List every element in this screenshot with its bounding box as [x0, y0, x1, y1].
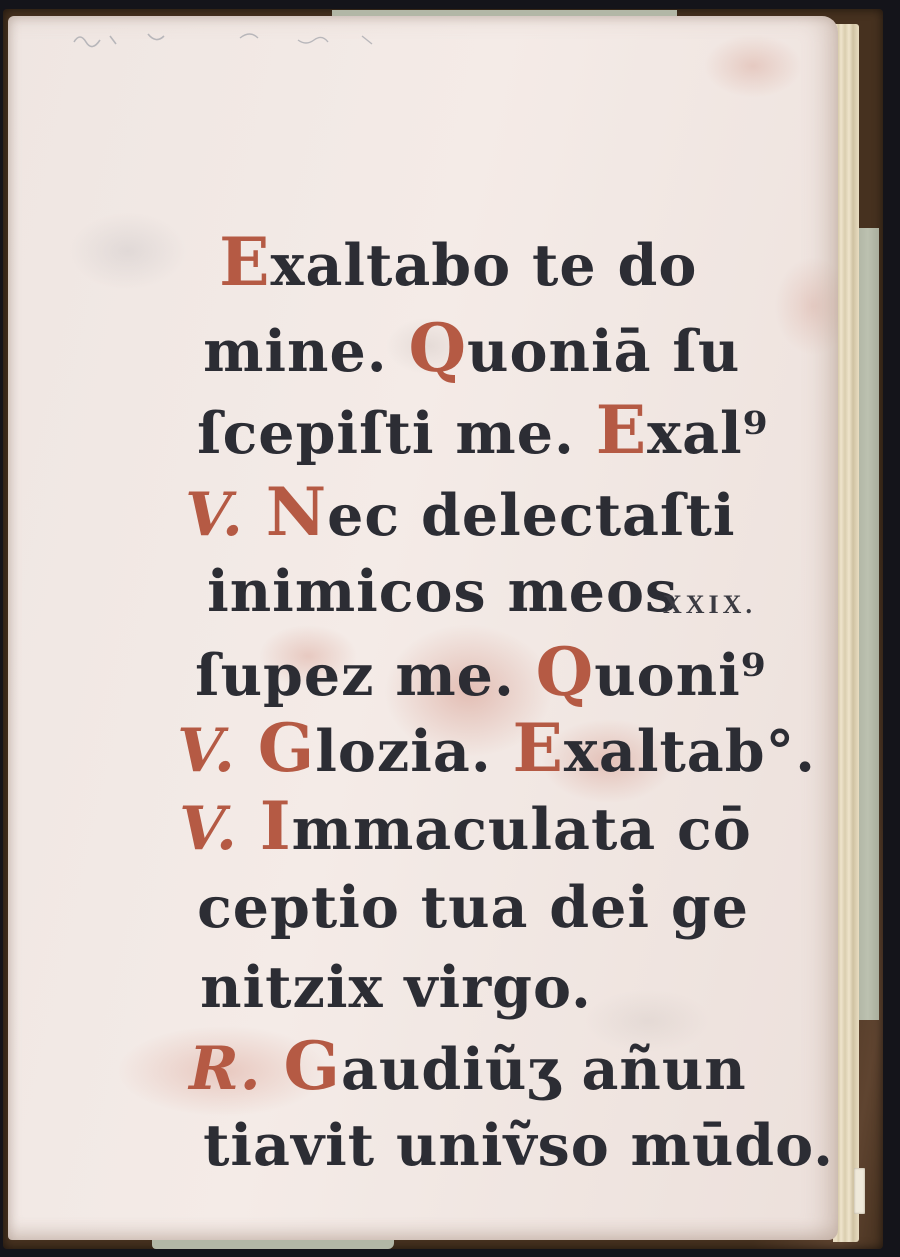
text-line-12: tiavit uniṽso mūdo.: [78, 1038, 834, 1254]
measuring-tag: [854, 1168, 865, 1214]
text-segment: tiavit uniṽso mūdo.: [203, 1112, 834, 1179]
pencil-scribbles: [70, 26, 410, 56]
folio-number: XXIX.: [663, 590, 756, 620]
photo-frame: Exaltabo te do mine. Quoniā ſu ſcepiſti …: [0, 0, 900, 1257]
manuscript-page: Exaltabo te do mine. Quoniā ſu ſcepiſti …: [8, 16, 838, 1240]
